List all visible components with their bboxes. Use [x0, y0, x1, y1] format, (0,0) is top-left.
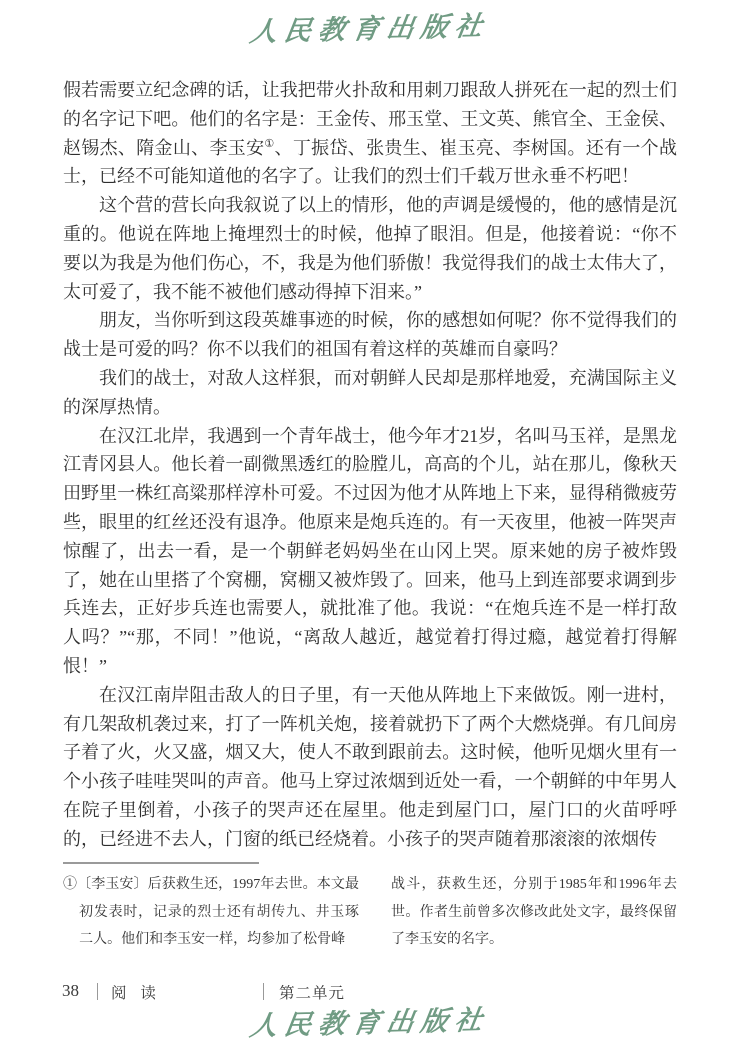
publisher-logo-top: 人民教育出版社: [0, 7, 739, 46]
footnote-reference-mark: ①: [264, 138, 274, 150]
paragraph: 在汉江北岸，我遇到一个青年战士，他今年才21岁，名叫马玉祥，是黑龙江青冈县人。他…: [63, 422, 677, 681]
textbook-page: 人民教育出版社 假若需要立纪念碑的话，让我把带火扑敌和用刺刀跟敌人拼死在一起的烈…: [0, 0, 739, 1044]
paragraph: 朋友，当你听到这段英雄事迹的时候，你的感想如何呢？你不觉得我们的战士是可爱的吗？…: [63, 306, 677, 364]
paragraph: 我们的战士，对敌人这样狠，而对朝鲜人民却是那样地爱，充满国际主义的深厚热情。: [63, 364, 677, 422]
page-number: 38: [62, 981, 79, 1001]
page-footer: 38 阅 读 第二单元: [0, 981, 739, 1003]
footnote-section: ①〔李玉安〕后获救生还，1997年去世。本文最初发表时，记录的烈士还有胡传九、井…: [63, 862, 677, 954]
footnote-column-left: ①〔李玉安〕后获救生还，1997年去世。本文最初发表时，记录的烈士还有胡传九、井…: [63, 871, 359, 954]
paragraph: 在汉江南岸阻击敌人的日子里，有一天他从阵地上下来做饭。刚一进村，有几架敌机袭过来…: [63, 681, 677, 854]
main-text: 假若需要立纪念碑的话，让我把带火扑敌和用刺刀跟敌人拼死在一起的烈士们的名字记下吧…: [63, 76, 677, 854]
footnote-columns: ①〔李玉安〕后获救生还，1997年去世。本文最初发表时，记录的烈士还有胡传九、井…: [63, 871, 677, 954]
publisher-logo-text: 人民教育出版社: [247, 998, 492, 1043]
publisher-logo-bottom: 人民教育出版社: [0, 1001, 739, 1040]
paragraph-continuation: 假若需要立纪念碑的话，让我把带火扑敌和用刺刀跟敌人拼死在一起的烈士们的名字记下吧…: [63, 76, 677, 191]
footnote-divider: [63, 862, 259, 864]
publisher-logo-text: 人民教育出版社: [247, 4, 492, 49]
footnote-column-right: 战斗，获救生还，分别于1985年和1996年去世。作者生前曾多次修改此处文字，最…: [391, 871, 677, 954]
footer-unit-label: 第二单元: [279, 981, 345, 1003]
paragraph: 这个营的营长向我叙说了以上的情形，他的声调是缓慢的，他的感情是沉重的。他说在阵地…: [63, 191, 677, 306]
footer-divider-1: [97, 983, 98, 1000]
footer-divider-2: [263, 983, 264, 1000]
footer-section-label: 阅 读: [111, 981, 161, 1003]
